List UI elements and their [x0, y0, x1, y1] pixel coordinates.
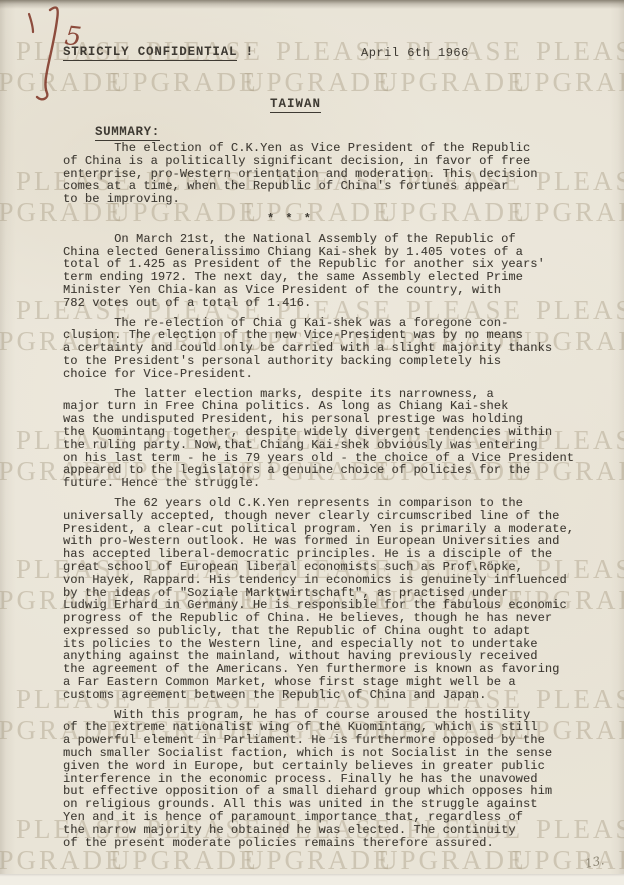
paragraph: On March 21st, the National Assembly of …	[63, 233, 583, 310]
page-title: TAIWAN	[270, 97, 321, 113]
ink-tick	[29, 14, 33, 32]
section-separator: * * *	[63, 213, 517, 226]
paragraph: With this program, he has of course arou…	[63, 709, 583, 850]
document-date: April 6th 1966	[361, 46, 469, 60]
ink-digit-5: 5	[63, 21, 83, 53]
body-text: The election of C.K.Yen as Vice Presiden…	[63, 142, 583, 856]
paper-page: PLEASEUPGRADEPLEASEUPGRADEPLEASEUPGRADEP…	[0, 0, 624, 885]
handwritten-mark-1-5: 5	[14, 0, 104, 110]
classification-suffix: !	[237, 45, 254, 59]
document-content: STRICTLY CONFIDENTIAL ! April 6th 1966 T…	[0, 0, 624, 885]
ink-slash	[37, 7, 58, 99]
summary-label: SUMMARY:	[95, 125, 160, 141]
paragraph-summary: The election of C.K.Yen as Vice Presiden…	[63, 142, 583, 206]
paragraph: The latter election marks, despite its n…	[63, 388, 583, 490]
paragraph: The re-election of Chia g Kai-shek was a…	[63, 317, 583, 381]
paragraph: The 62 years old C.K.Yen represents in c…	[63, 497, 583, 702]
